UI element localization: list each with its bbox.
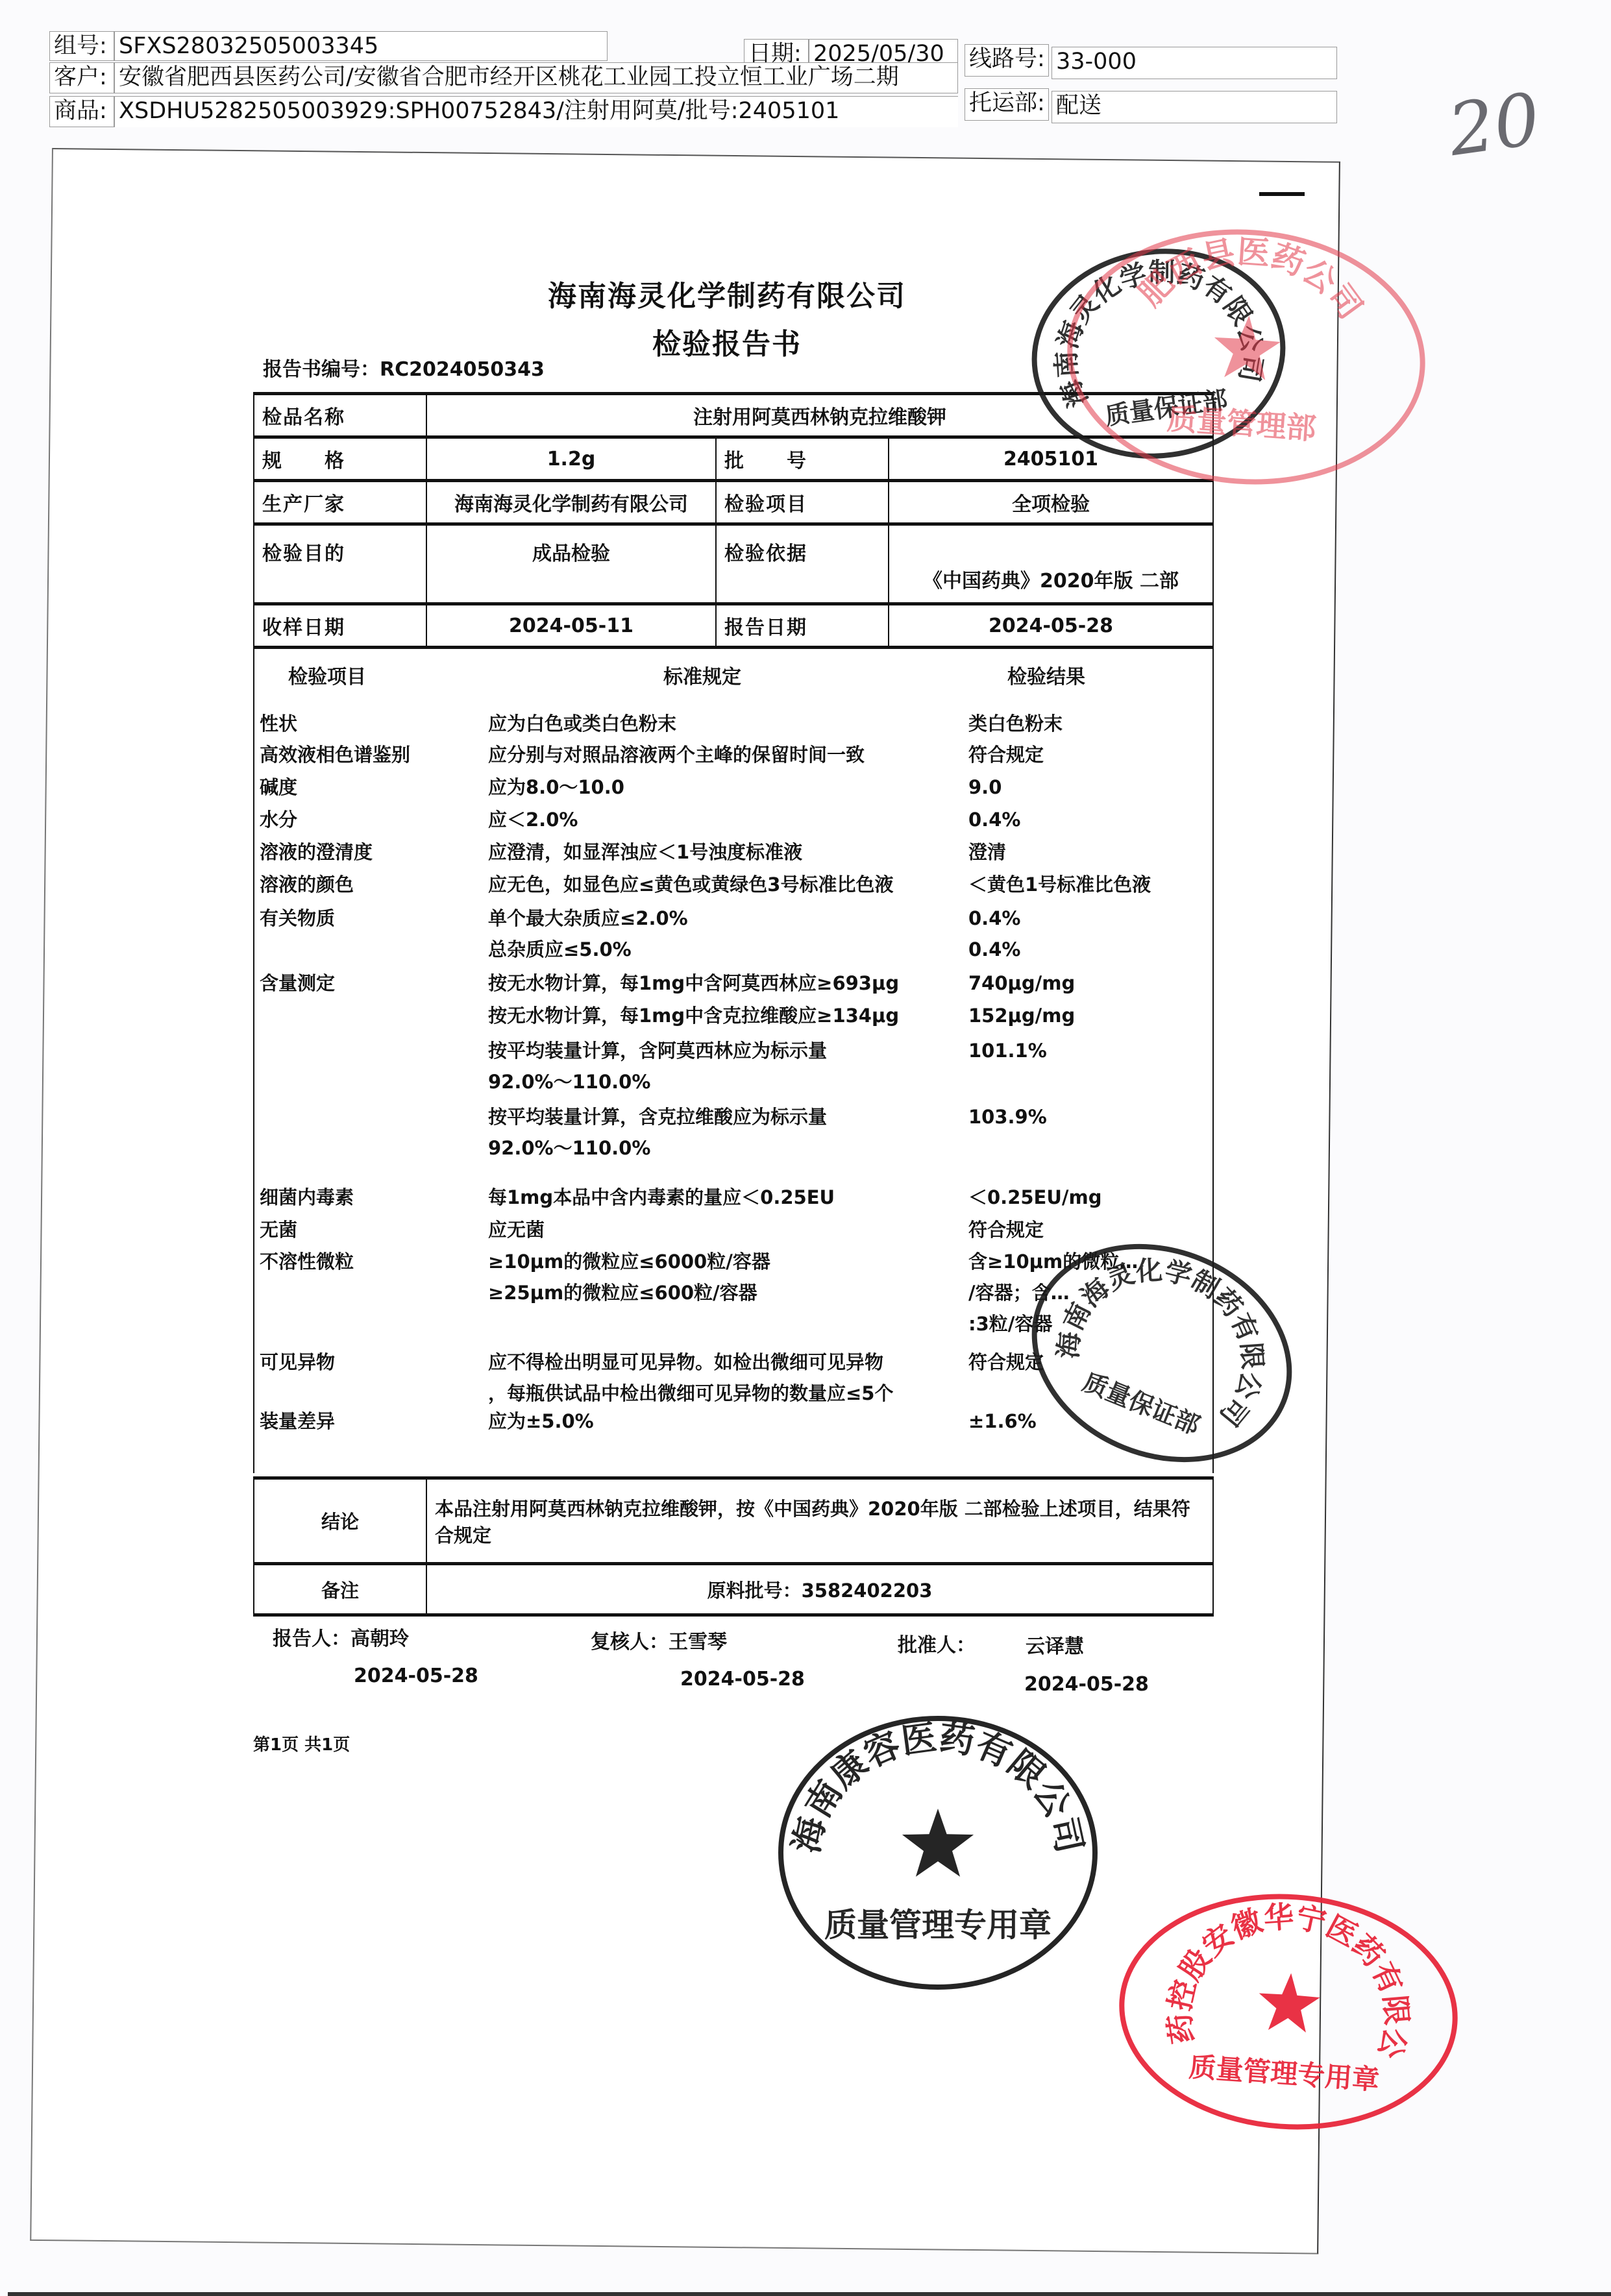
purpose-value: 成品检验 bbox=[426, 524, 716, 604]
test-result: 澄清 bbox=[968, 839, 1006, 865]
test-item: 溶液的颜色 bbox=[260, 872, 354, 898]
col-header-result: 检验结果 bbox=[1007, 661, 1085, 689]
test-result: 符合规定 bbox=[968, 1217, 1044, 1243]
reporter-date: 2024-05-28 bbox=[354, 1665, 478, 1687]
batch-label: 批 号 bbox=[716, 437, 889, 481]
route-value: 33-000 bbox=[1051, 47, 1337, 79]
info-row-manufacturer: 生产厂家 海南海灵化学制药有限公司 检验项目 全项检验 bbox=[254, 481, 1213, 524]
received-date-value: 2024-05-11 bbox=[426, 604, 716, 648]
carrier-value: 配送 bbox=[1051, 91, 1337, 123]
handwritten-page-number: 20 bbox=[1444, 77, 1545, 172]
test-result: 740μg/mg bbox=[968, 970, 1075, 996]
test-item: 有关物质 bbox=[260, 905, 335, 931]
product-value: XSDHU5282505003929:SPH00752843/注射用阿莫/批号:… bbox=[114, 96, 958, 127]
test-standard: 按无水物计算，每1mg中含阿莫西林应≥693μg bbox=[488, 970, 899, 996]
info-row-purpose: 检验目的 成品检验 检验依据 《中国药典》2020年版 二部 bbox=[254, 524, 1213, 604]
basis-value: 《中国药典》2020年版 二部 bbox=[889, 524, 1213, 604]
test-standard: 每1mg本品中含内毒素的量应＜0.25EU bbox=[488, 1184, 835, 1210]
route-label: 线路号: bbox=[965, 44, 1049, 77]
reviewer-signature: 复核人：王雪琴 bbox=[591, 1626, 727, 1654]
test-item: 无菌 bbox=[260, 1217, 297, 1243]
approver-date: 2024-05-28 bbox=[1024, 1673, 1149, 1696]
purpose-label: 检验目的 bbox=[254, 524, 426, 604]
remarks-label: 备注 bbox=[254, 1564, 426, 1615]
product-label: 商品: bbox=[49, 96, 114, 127]
spec-label: 规 格 bbox=[254, 437, 426, 481]
test-result: 符合规定 bbox=[968, 742, 1044, 768]
test-standard: 应无菌 bbox=[488, 1217, 545, 1243]
test-standard: 按平均装量计算，含克拉维酸应为标示量 92.0%～110.0% bbox=[488, 1101, 827, 1164]
test-result: 152μg/mg bbox=[968, 1003, 1075, 1029]
report-date-label: 报告日期 bbox=[716, 604, 889, 648]
test-standard: 按平均装量计算，含阿莫西林应为标示量 92.0%～110.0% bbox=[488, 1035, 827, 1097]
remarks-text: 原料批号：3582402203 bbox=[426, 1564, 1213, 1615]
col-header-item: 检验项目 bbox=[288, 661, 366, 689]
test-item: 含量测定 bbox=[260, 970, 335, 996]
test-item: 性状 bbox=[260, 711, 297, 737]
test-standard: 按无水物计算，每1mg中含克拉维酸应≥134μg bbox=[488, 1003, 899, 1029]
test-item: 细菌内毒素 bbox=[260, 1184, 354, 1210]
test-standard: 应分别与对照品溶液两个主峰的保留时间一致 bbox=[488, 742, 865, 768]
test-standard: 单个最大杂质应≤2.0% bbox=[488, 905, 688, 931]
group-no-label: 组号: bbox=[49, 31, 114, 61]
info-row-dates: 收样日期 2024-05-11 报告日期 2024-05-28 bbox=[254, 604, 1213, 648]
test-standard: 总杂质应≤5.0% bbox=[488, 936, 632, 962]
test-standard: 应不得检出明显可见异物。如检出微细可见异物 ，每瓶供试品中检出微细可见异物的数量… bbox=[488, 1347, 893, 1409]
dash-mark bbox=[1259, 192, 1305, 196]
test-item: 高效液相色谱鉴别 bbox=[260, 742, 410, 768]
test-item: 装量差异 bbox=[260, 1408, 335, 1434]
group-no-value: SFXS28032505003345 bbox=[114, 31, 608, 61]
customer-value: 安徽省肥西县医药公司/安徽省合肥市经开区桃花工业园工投立恒工业广场二期 bbox=[114, 62, 958, 93]
scan-bottom-edge bbox=[8, 2292, 1611, 2296]
feixi-pharma-stamp: 肥西县医药公司 质量管理部 bbox=[1056, 215, 1437, 499]
test-standard: 应＜2.0% bbox=[488, 807, 578, 833]
conclusion-text: 本品注射用阿莫西林钠克拉维酸钾，按《中国药典》2020年版 二部检验上述项目，结… bbox=[426, 1478, 1213, 1564]
test-standard: 应无色，如显色应≤黄色或黄绿色3号标准比色液 bbox=[488, 872, 893, 898]
col-header-standard: 标准规定 bbox=[663, 661, 741, 689]
report-date-value: 2024-05-28 bbox=[889, 604, 1213, 648]
test-standard: 应澄清，如显浑浊应＜1号浊度标准液 bbox=[488, 839, 802, 865]
report-number: 报告书编号：RC2024050343 bbox=[263, 353, 545, 382]
basis-label: 检验依据 bbox=[716, 524, 889, 604]
test-standard: 应为8.0～10.0 bbox=[488, 774, 624, 800]
hainan-kangrong-stamp: 海南康容医药有限公司 质量管理专用章 bbox=[776, 1713, 1100, 1992]
test-result: ＜黄色1号标准比色液 bbox=[968, 872, 1151, 898]
approver-name: 云译慧 bbox=[1026, 1630, 1084, 1659]
conclusion-table: 结论 本品注射用阿莫西林钠克拉维酸钾，按《中国药典》2020年版 二部检验上述项… bbox=[253, 1476, 1214, 1617]
svg-text:质量管理专用章: 质量管理专用章 bbox=[824, 1906, 1051, 1944]
test-result: 0.4% bbox=[968, 936, 1020, 962]
reporter-signature: 报告人：高朝玲 bbox=[273, 1622, 409, 1651]
test-items-value: 全项检验 bbox=[889, 481, 1213, 524]
test-standard: 应为±5.0% bbox=[488, 1408, 594, 1434]
conclusion-row: 结论 本品注射用阿莫西林钠克拉维酸钾，按《中国药典》2020年版 二部检验上述项… bbox=[254, 1478, 1213, 1564]
page-info: 第1页 共1页 bbox=[253, 1731, 350, 1755]
manufacturer-value: 海南海灵化学制药有限公司 bbox=[426, 481, 716, 524]
received-date-label: 收样日期 bbox=[254, 604, 426, 648]
manufacturer-label: 生产厂家 bbox=[254, 481, 426, 524]
reviewer-date: 2024-05-28 bbox=[680, 1668, 805, 1691]
test-item: 溶液的澄清度 bbox=[260, 839, 373, 865]
test-item: 可见异物 bbox=[260, 1347, 335, 1378]
test-result: 103.9% bbox=[968, 1101, 1047, 1132]
test-standard: 应为白色或类白色粉末 bbox=[488, 711, 676, 737]
conclusion-label: 结论 bbox=[254, 1478, 426, 1564]
spec-value: 1.2g bbox=[426, 437, 716, 481]
test-result: 0.4% bbox=[968, 905, 1020, 931]
test-result: 101.1% bbox=[968, 1035, 1047, 1066]
approver-signature: 批准人： bbox=[898, 1629, 976, 1657]
carrier-label: 托运部: bbox=[965, 88, 1049, 121]
customer-label: 客户: bbox=[49, 62, 114, 93]
test-standard: ≥10μm的微粒应≤6000粒/容器 ≥25μm的微粒应≤600粒/容器 bbox=[488, 1246, 770, 1308]
anhui-huaning-stamp: 国药控股安徽华宁医药有限公司 质量管理专用章 bbox=[1109, 1880, 1469, 2143]
test-result: 0.4% bbox=[968, 807, 1020, 833]
test-item: 碱度 bbox=[260, 774, 297, 800]
test-items-label: 检验项目 bbox=[716, 481, 889, 524]
svg-text:质量保证部: 质量保证部 bbox=[1079, 1367, 1204, 1440]
svg-text:国药控股安徽华宁医药有限公司: 国药控股安徽华宁医药有限公司 bbox=[1109, 1880, 1425, 2063]
test-result: 9.0 bbox=[968, 774, 1002, 800]
test-result: 类白色粉末 bbox=[968, 711, 1063, 737]
test-item: 水分 bbox=[260, 807, 297, 833]
remarks-row: 备注 原料批号：3582402203 bbox=[254, 1564, 1213, 1615]
sample-name-label: 检品名称 bbox=[254, 394, 426, 437]
svg-text:质量管理部: 质量管理部 bbox=[1166, 401, 1317, 446]
svg-text:质量管理专用章: 质量管理专用章 bbox=[1188, 2051, 1381, 2095]
test-item: 不溶性微粒 bbox=[260, 1246, 354, 1277]
